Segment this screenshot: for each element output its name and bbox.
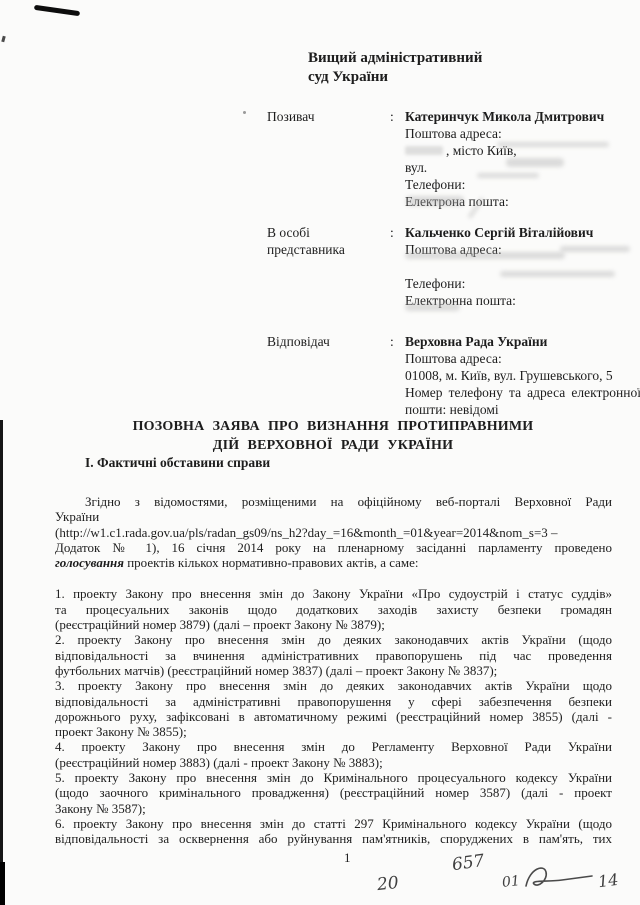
redaction-smudge <box>406 196 464 206</box>
list-item-line: відповідальності за осквернення або руйн… <box>55 831 612 846</box>
redaction-smudge <box>560 246 630 252</box>
redaction-smudge <box>506 158 564 167</box>
signature-scribble <box>518 858 598 898</box>
handwritten-number: 20 <box>376 873 400 895</box>
document-body: Згідно з відомостями, розміщеними на офі… <box>55 494 612 847</box>
list-item-line: 5. проекту Закону про внесення змін до К… <box>55 770 612 785</box>
defendant-details: Верховна Рада України Поштова адреса: 01… <box>405 333 640 418</box>
scan-speck <box>243 111 246 114</box>
scan-edge-line <box>0 420 3 905</box>
separator-colon: : <box>390 333 405 418</box>
list-item-line: 1. проекту Закону про внесення змін до З… <box>55 586 612 601</box>
redaction-smudge <box>405 252 565 259</box>
court-name: Вищий адміністративний суд України <box>308 49 482 86</box>
intro-line: України <box>55 509 612 524</box>
emphasized-word: голосування <box>55 555 124 570</box>
intro-line-rest: проектів кількох нормативно-правових акт… <box>124 555 419 570</box>
handwritten-number: 14 <box>597 870 620 891</box>
document-title: ПОЗОВНА ЗАЯВА ПРО ВИЗНАННЯ ПРОТИПРАВНИМИ… <box>55 418 611 455</box>
list-item-line: 3. проекту Закону про внесення змін до д… <box>55 678 612 693</box>
document-title-line2: ДІЙ ВЕРХОВНОЇ РАДИ УКРАЇНИ <box>55 437 611 456</box>
defendant-contact-line1: Номер телефону та адреса електронної <box>405 384 640 401</box>
intro-line: голосування проектів кількох нормативно-… <box>55 555 612 570</box>
list-item-line: (щодо заочного кримінального провадження… <box>55 785 612 800</box>
page-number: 1 <box>344 850 351 866</box>
list-item-line: проект Закону № 3855); <box>55 724 612 739</box>
list-item-line: (реєстраційний номер 3879) (далі – проек… <box>55 617 612 632</box>
intro-line: (http://w1.c1.rada.gov.ua/pls/radan_gs09… <box>55 525 612 540</box>
plaintiff-phones-label: Телефони: <box>405 176 640 193</box>
representative-label-line1: В особі <box>267 224 390 241</box>
list-item-line: (реєстраційний номер 3883) (далі - проек… <box>55 755 612 770</box>
plaintiff-postal-label: Поштова адреса: <box>405 125 640 142</box>
section-heading: І. Фактичні обставини справи <box>85 455 270 471</box>
scanned-document-page: Вищий адміністративний суд України Позив… <box>0 0 640 905</box>
intro-line: Згідно з відомостями, розміщеними на офі… <box>55 494 612 509</box>
plaintiff-block: Позивач : Катеринчук Микола Дмитрович По… <box>267 108 640 210</box>
representative-block: В особі представника : Кальченко Сергій … <box>267 224 640 309</box>
separator-colon: : <box>390 108 405 210</box>
list-item-line: 6. проекту Закону про внесення змін до с… <box>55 816 612 831</box>
handwritten-number: 657 <box>451 851 486 875</box>
intro-line: Додаток № 1), 16 січня 2014 року на плен… <box>55 540 612 555</box>
defendant-name: Верховна Рада України <box>405 333 640 350</box>
representative-name: Кальченко Сергій Віталійович <box>405 224 640 241</box>
list-item-line: та процесуальних законів щодо додаткових… <box>55 602 612 617</box>
plaintiff-name: Катеринчук Микола Дмитрович <box>405 108 640 125</box>
defendant-block: Відповідач : Верховна Рада України Пошто… <box>267 333 640 418</box>
list-item-line: відповідальності за адміністративні прав… <box>55 694 612 709</box>
court-name-line2: суд України <box>308 68 482 87</box>
separator-colon: : <box>390 224 405 309</box>
scan-speck <box>1 36 5 43</box>
representative-details: Кальченко Сергій Віталійович Поштова адр… <box>405 224 640 309</box>
redaction-smudge <box>497 142 609 147</box>
list-item-line: дорожнього руху, зафіксовані в автоматич… <box>55 709 612 724</box>
plaintiff-label: Позивач <box>267 108 390 210</box>
representative-label-line2: представника <box>267 241 390 258</box>
redacted-postal-code <box>405 146 443 155</box>
list-item-line: 2. проекту Закону про внесення змін до д… <box>55 632 612 647</box>
redaction-smudge <box>500 271 615 277</box>
redaction-smudge <box>477 173 539 178</box>
redaction-smudge <box>405 303 460 311</box>
pen-mark <box>34 5 80 16</box>
representative-phones-label: Телефони: <box>405 275 640 292</box>
scan-edge-corner <box>0 862 5 905</box>
list-item-line: Закону № 3587); <box>55 801 612 816</box>
list-item-line: відповідальності за вчинення адміністрат… <box>55 648 612 663</box>
list-item-line: 4. проекту Закону про внесення змін до Р… <box>55 739 612 754</box>
defendant-address: 01008, м. Київ, вул. Грушевського, 5 <box>405 367 640 384</box>
document-title-line1: ПОЗОВНА ЗАЯВА ПРО ВИЗНАННЯ ПРОТИПРАВНИМИ <box>55 418 611 437</box>
law-drafts-list: 1. проекту Закону про внесення змін до З… <box>55 586 612 846</box>
defendant-postal-label: Поштова адреса: <box>405 350 640 367</box>
defendant-label: Відповідач <box>267 333 390 418</box>
representative-label: В особі представника <box>267 224 390 309</box>
court-name-line1: Вищий адміністративний <box>308 49 482 68</box>
defendant-contact-line2: пошти: невідомі <box>405 401 640 418</box>
list-item-line: футбольних матчів) (реєстраційний номер … <box>55 663 612 678</box>
